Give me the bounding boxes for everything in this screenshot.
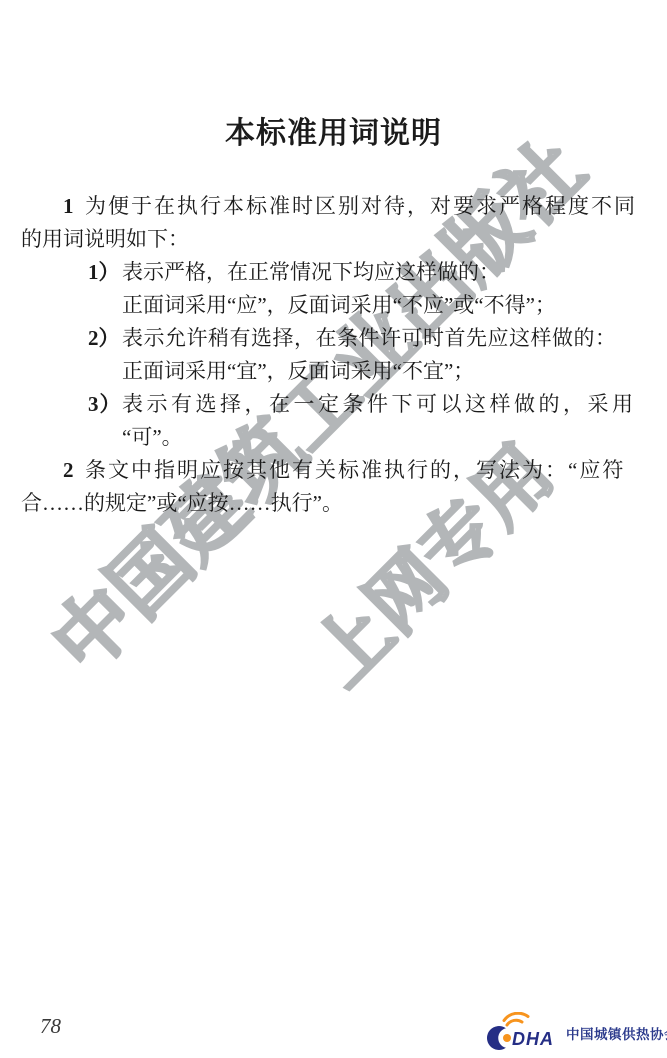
body-line: 合……的规定”或“应按……执行”。: [21, 487, 639, 520]
document-page: 中国建筑工业出版社 上网专用 本标准用词说明 1为便于在执行本标准时区别对待，对…: [0, 0, 667, 1058]
body-line-text: 为便于在执行本标准时区别对待，对要求严格程度不同: [85, 194, 637, 218]
body-line-text: 合……的规定”或“应按……执行”。: [21, 491, 343, 515]
body-line: 3）表示有选择，在一定条件下可以这样做的，采用: [21, 388, 639, 421]
page-number: 78: [40, 1014, 61, 1039]
body-line: 2条文中指明应按其他有关标准执行的，写法为：“应符: [21, 454, 639, 487]
association-logo: DHA 中国城镇供热协会: [486, 1012, 667, 1054]
body-line-text: “可”。: [122, 425, 183, 449]
body-line: 的用词说明如下：: [21, 223, 639, 256]
clause-number: 2: [63, 454, 85, 487]
clause-number: 1: [63, 190, 85, 223]
body-line-text: 表示严格，在正常情况下均应这样做的：: [122, 260, 500, 284]
cdha-logo-icon: DHA: [486, 1012, 562, 1054]
page-title: 本标准用词说明: [0, 108, 667, 152]
body-line: 1）表示严格，在正常情况下均应这样做的：: [21, 256, 639, 289]
item-number: 1）: [88, 256, 122, 289]
body-line-text: 的用词说明如下：: [21, 227, 189, 251]
association-name: 中国城镇供热协会: [566, 1023, 667, 1043]
body-line-text: 正面词采用“宜”，反面词采用“不宜”；: [122, 359, 474, 383]
body-line: 1为便于在执行本标准时区别对待，对要求严格程度不同: [21, 190, 639, 223]
body-line: 正面词采用“应”，反面词采用“不应”或“不得”；: [21, 289, 639, 322]
body-line-text: 表示有选择，在一定条件下可以这样做的，采用: [122, 392, 637, 416]
body-line: 2）表示允许稍有选择，在条件许可时首先应这样做的：: [21, 322, 639, 355]
logo-orange-dot: [503, 1034, 511, 1042]
body-line: “可”。: [21, 421, 639, 454]
body-line-text: 正面词采用“应”，反面词采用“不应”或“不得”；: [122, 293, 556, 317]
body-line: 正面词采用“宜”，反面词采用“不宜”；: [21, 355, 639, 388]
body-line-text: 表示允许稍有选择，在条件许可时首先应这样做的：: [122, 326, 617, 350]
item-number: 3）: [88, 388, 122, 421]
item-number: 2）: [88, 322, 122, 355]
dha-wordmark: DHA: [512, 1029, 554, 1049]
body-text: 1为便于在执行本标准时区别对待，对要求严格程度不同 的用词说明如下： 1）表示严…: [21, 190, 639, 520]
logo-wave-arc-inner: [507, 1020, 522, 1025]
body-line-text: 条文中指明应按其他有关标准执行的，写法为：“应符: [85, 458, 625, 482]
